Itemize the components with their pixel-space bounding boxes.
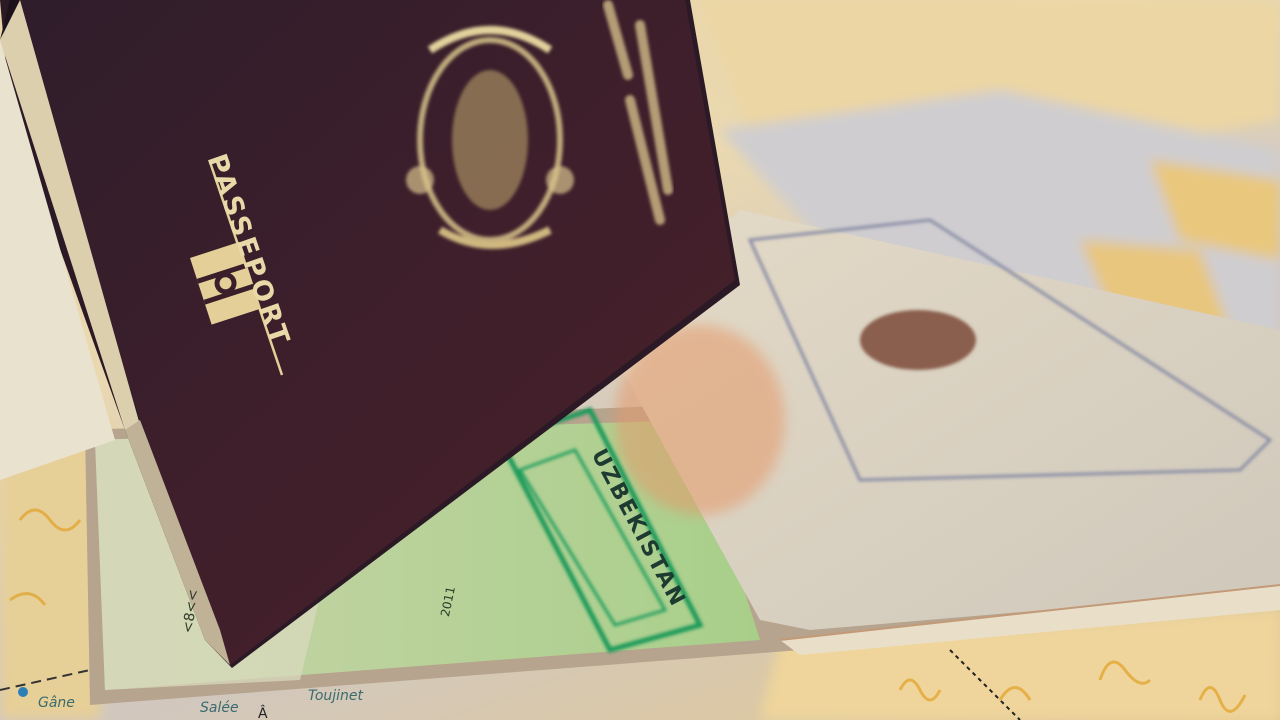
map-label-a: Â (258, 706, 268, 720)
map-label-gane: Gâne (38, 695, 75, 711)
photo-scene: PASSEPORT UZBEKISTAN 2011 <8<< Gâne Salé… (0, 0, 1280, 720)
map-label-toujinet: Toujinet (308, 688, 363, 704)
map-label-salee: Salée (200, 700, 239, 716)
